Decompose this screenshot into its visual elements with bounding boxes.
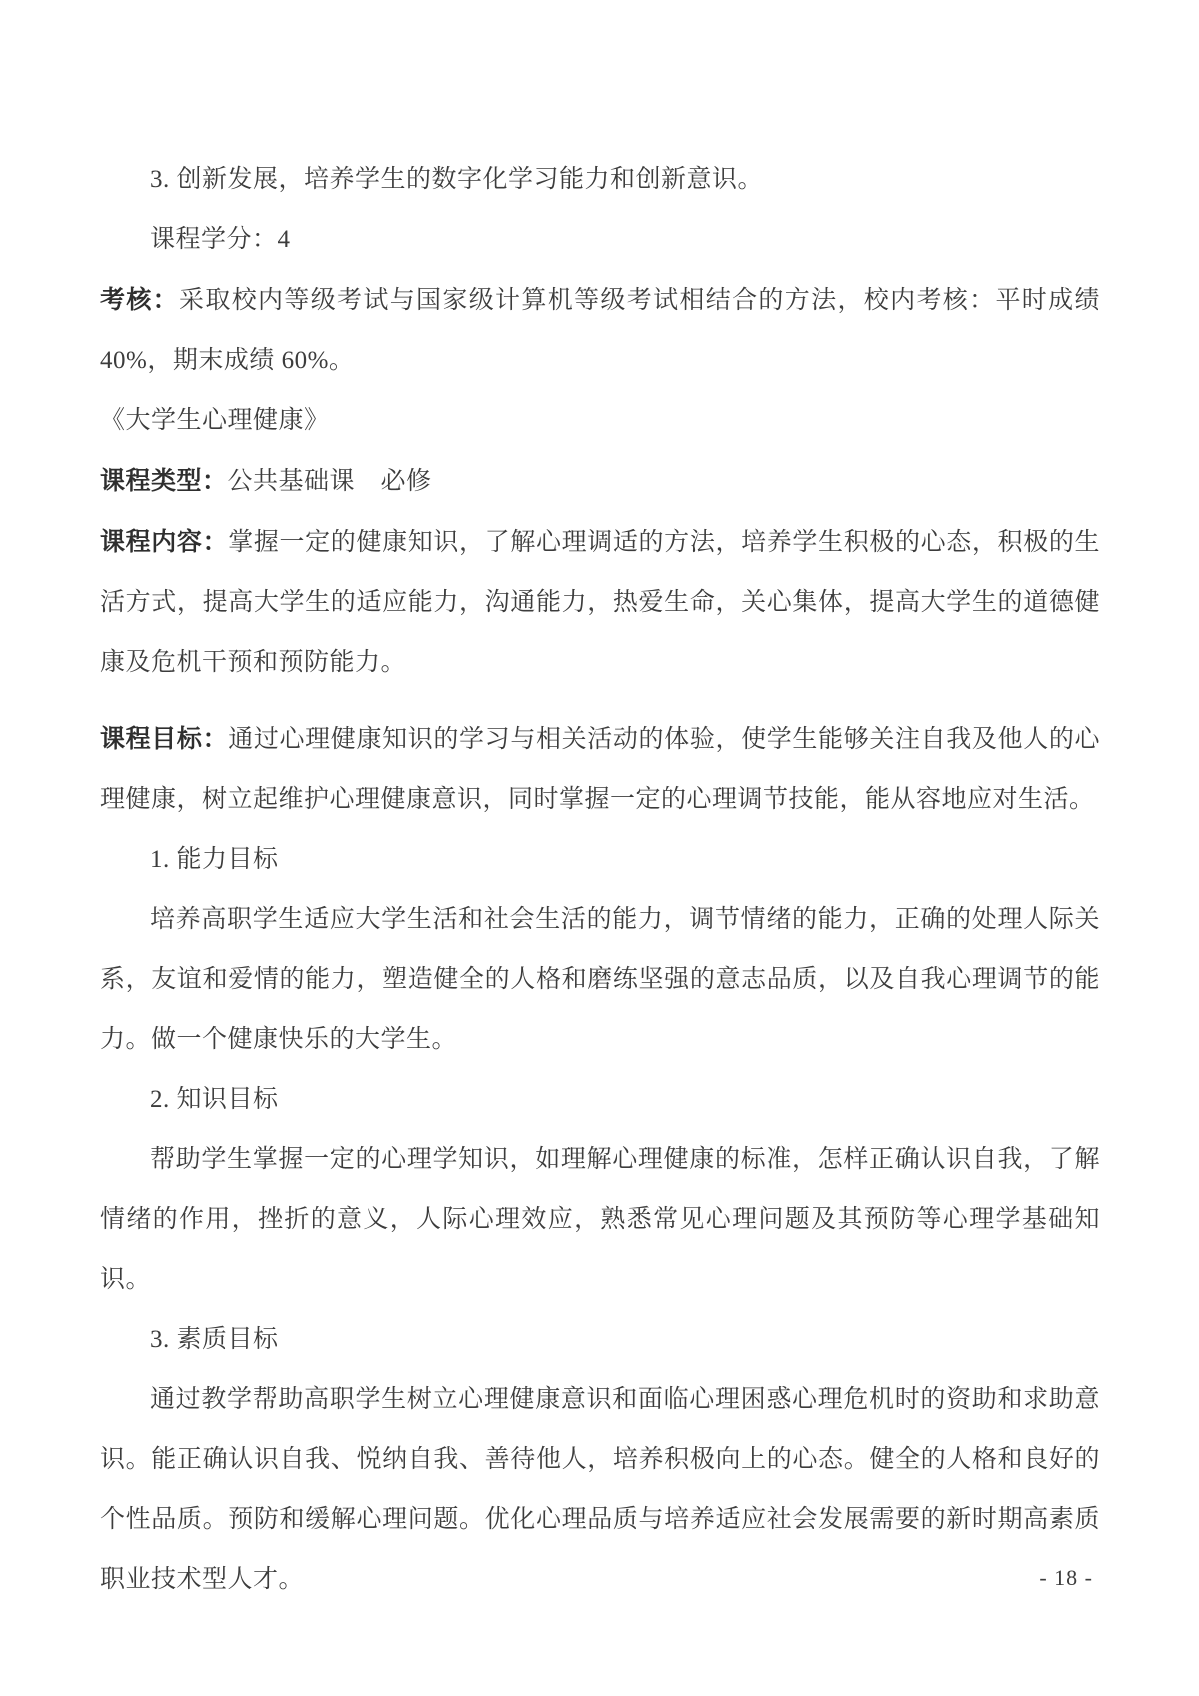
assessment-label: 考核： <box>100 286 179 314</box>
heading-knowledge-goal: 2. 知识目标 <box>100 1070 1100 1130</box>
paragraph-text: 《大学生心理健康》 <box>100 407 330 434</box>
paragraph-text: 通过教学帮助高职学生树立心理健康意识和面临心理困惑心理危机时的资助和求助意识。能… <box>100 1386 1100 1593</box>
paragraph-text: 3. 创新发展，培养学生的数字化学习能力和创新意识。 <box>150 166 763 193</box>
paragraph-knowledge-goal-detail: 帮助学生掌握一定的心理学知识，如理解心理健康的标准，怎样正确认识自我，了解情绪的… <box>100 1130 1100 1310</box>
course-type-label: 课程类型： <box>100 467 228 495</box>
paragraph-innovation-goal: 3. 创新发展，培养学生的数字化学习能力和创新意识。 <box>100 150 1100 210</box>
field-course-content: 课程内容：掌握一定的健康知识，了解心理调适的方法，培养学生积极的心态，积极的生活… <box>100 512 1100 693</box>
paragraph-quality-goal-detail: 通过教学帮助高职学生树立心理健康意识和面临心理困惑心理危机时的资助和求助意识。能… <box>100 1370 1100 1610</box>
paragraph-text: 培养高职学生适应大学生活和社会生活的能力，调节情绪的能力，正确的处理人际关系，友… <box>100 906 1100 1053</box>
paragraph-text: 采取校内等级考试与国家级计算机等级考试相结合的方法，校内考核：平时成绩 40%，… <box>100 287 1100 374</box>
page-number: - 18 - <box>1039 1565 1093 1591</box>
course-objectives-label: 课程目标： <box>100 725 228 753</box>
course-title-mental-health: 《大学生心理健康》 <box>100 391 1100 451</box>
field-course-type: 课程类型：公共基础课 必修 <box>100 451 1100 512</box>
document-body: 3. 创新发展，培养学生的数字化学习能力和创新意识。 课程学分：4 考核：采取校… <box>100 150 1100 1610</box>
paragraph-ability-goal-detail: 培养高职学生适应大学生活和社会生活的能力，调节情绪的能力，正确的处理人际关系，友… <box>100 890 1100 1070</box>
heading-quality-goal: 3. 素质目标 <box>100 1310 1100 1370</box>
heading-ability-goal: 1. 能力目标 <box>100 830 1100 890</box>
paragraph-text: 1. 能力目标 <box>150 846 279 873</box>
paragraph-text: 帮助学生掌握一定的心理学知识，如理解心理健康的标准，怎样正确认识自我，了解情绪的… <box>100 1146 1100 1293</box>
paragraph-text: 课程学分：4 <box>150 226 291 253</box>
paragraph-text: 通过心理健康知识的学习与相关活动的体验，使学生能够关注自我及他人的心理健康，树立… <box>100 726 1100 813</box>
course-content-label: 课程内容： <box>100 528 228 556</box>
field-course-objectives: 课程目标：通过心理健康知识的学习与相关活动的体验，使学生能够关注自我及他人的心理… <box>100 709 1100 830</box>
paragraph-text: 公共基础课 必修 <box>228 468 432 495</box>
paragraph-text: 3. 素质目标 <box>150 1326 279 1353</box>
paragraph-text: 掌握一定的健康知识，了解心理调适的方法，培养学生积极的心态，积极的生活方式，提高… <box>100 529 1100 676</box>
paragraph-text: 2. 知识目标 <box>150 1086 279 1113</box>
paragraph-course-credits: 课程学分：4 <box>100 210 1100 270</box>
field-assessment: 考核：采取校内等级考试与国家级计算机等级考试相结合的方法，校内考核：平时成绩 4… <box>100 270 1100 391</box>
